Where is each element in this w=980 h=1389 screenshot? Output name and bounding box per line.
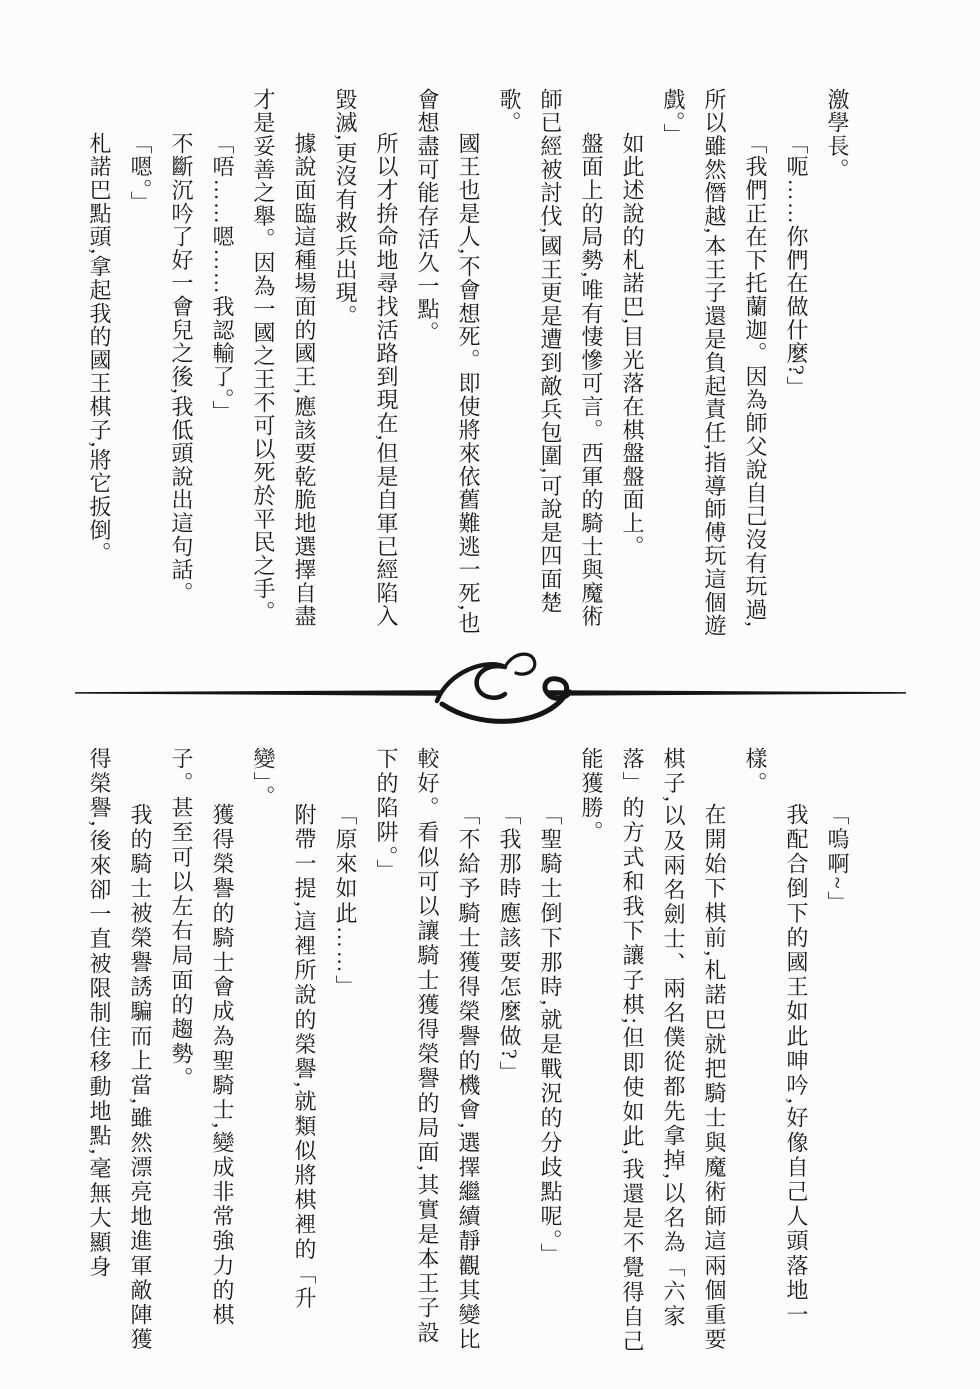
paragraph: 「我那時應該要怎麼做?」 [489,747,530,1363]
section-divider [0,648,980,738]
divider-rule-left [75,690,440,696]
divider-rules [75,690,906,696]
divider-flourish-icon [437,654,570,721]
paragraph: 激學長。 [817,88,858,648]
paragraph: 「呃……你們在做什麼?」 [776,88,817,648]
paragraph: 如此述說的札諾巴,目光落在棋盤盤面上。 [612,88,653,648]
paragraph: 「原來如此……」 [325,747,366,1363]
top-text-block: 激學長。 「呃……你們在做什麼?」 「我們正在下托蘭迦。因為師父說自己沒有玩過,… [68,88,858,648]
bottom-text-block: 「嗚啊~」 我配合倒下的國王如此呻吟,好像自己人頭落地一樣。 在開始下棋前,札諾… [68,747,858,1363]
paragraph: 獲得榮譽的騎士會成為聖騎士,變成非常強力的棋子。甚至可以左右局面的趨勢。 [161,747,243,1363]
paragraph: 「我們正在下托蘭迦。因為師父說自己沒有玩過,所以雖然僭越,本王子還是負起責任,指… [653,88,776,648]
paragraph: 我配合倒下的國王如此呻吟,好像自己人頭落地一樣。 [735,747,817,1363]
paragraph: 我的騎士被榮譽誘騙而上當,雖然漂亮地進軍敵陣獲得榮譽,後來卻一直被限制住移動地點… [79,747,161,1363]
paragraph: 附帶一提,這裡所說的榮譽,就類似將棋裡的「升變」。 [243,747,325,1363]
paragraph: 在開始下棋前,札諾巴就把騎士與魔術師這兩個重要棋子,以及兩名劍士、兩名僕從都先拿… [571,747,735,1363]
paragraph: 「唔……嗯……我認輸了。」 [202,88,243,648]
paragraph: 「聖騎士倒下那時,就是戰況的分歧點呢。」 [530,747,571,1363]
divider-graphic [0,648,980,738]
paragraph: 據說面臨這種場面的國王,應該要乾脆地選擇自盡才是妥善之舉。因為一國之王不可以死於… [243,88,325,648]
paragraph: 札諾巴點頭,拿起我的國王棋子,將它扳倒。 [79,88,120,648]
page-root: 激學長。 「呃……你們在做什麼?」 「我們正在下托蘭迦。因為師父說自己沒有玩過,… [0,0,980,1389]
paragraph: 所以才拚命地尋找活路到現在,但是自軍已經陷入毀滅,更沒有救兵出現。 [325,88,407,648]
paragraph: 「嗚啊~」 [817,747,858,1363]
paragraph: 盤面上的局勢,唯有悽慘可言。西軍的騎士與魔術師已經被討伐,國王更是遭到敵兵包圍,… [489,88,612,648]
paragraph: 國王也是人,不會想死。即使將來依舊難逃一死,也會想盡可能存活久一點。 [407,88,489,648]
divider-rule-right [548,690,906,696]
paragraph: 「嗯。」 [120,88,161,648]
paragraph: 「不給予騎士獲得榮譽的機會,選擇繼續靜觀其變比較好。看似可以讓騎士獲得榮譽的局面… [366,747,489,1363]
paragraph: 不斷沉吟了好一會兒之後,我低頭說出這句話。 [161,88,202,648]
